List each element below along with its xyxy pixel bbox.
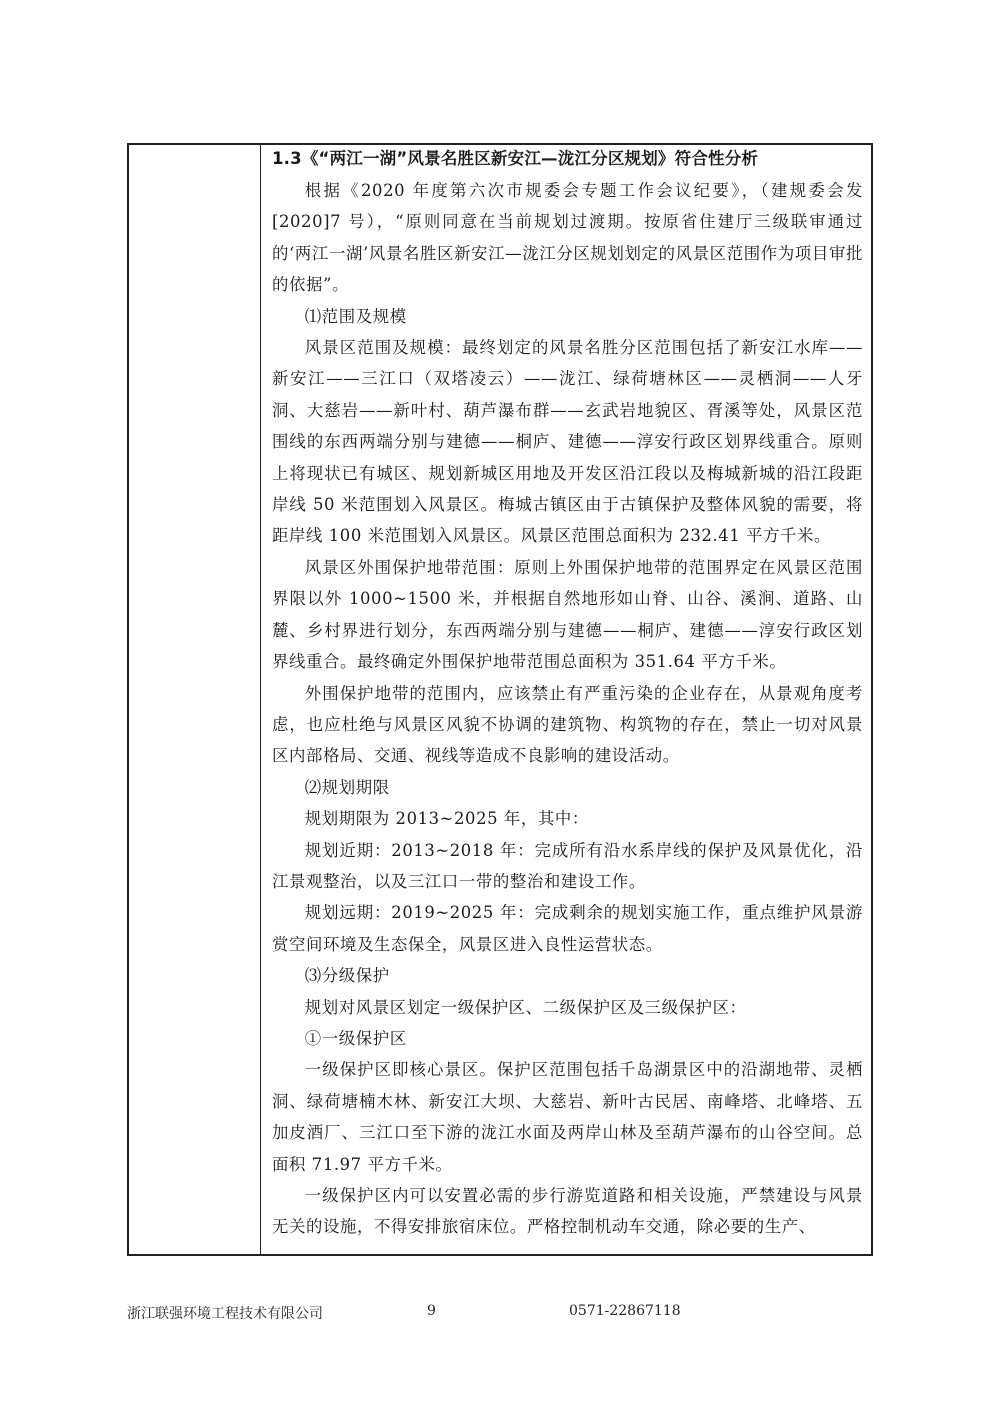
paragraph-period: 规划期限为 2013~2025 年，其中： xyxy=(272,803,863,834)
paragraph-level-one-scope: 一级保护区即核心景区。保护区范围包括千岛湖景区中的沿湖地带、灵栖洞、绿荷塘楠木林… xyxy=(272,1054,863,1180)
paragraph-intro: 根据《2020 年度第六次市规委会专题工作会议纪要》，（建规委会发[2020]7… xyxy=(272,175,863,301)
footer-company: 浙江联强环境工程技术有限公司 xyxy=(127,1303,323,1323)
content-table: 1.3《“两江一湖”风景名胜区新安江—泷江分区规划》符合性分析 根据《2020 … xyxy=(127,143,873,1256)
section-heading: 1.3《“两江一湖”风景名胜区新安江—泷江分区规划》符合性分析 xyxy=(272,147,863,171)
subheading-planning-period: ⑵规划期限 xyxy=(272,772,863,803)
subheading-protection-levels: ⑶分级保护 xyxy=(272,960,863,991)
subheading-scope: ⑴范围及规模 xyxy=(272,301,863,332)
paragraph-long-term: 规划远期：2019~2025 年：完成剩余的规划实施工作，重点维护风景游赏空间环… xyxy=(272,897,863,960)
table-right-cell: 1.3《“两江一湖”风景名胜区新安江—泷江分区规划》符合性分析 根据《2020 … xyxy=(261,145,871,1254)
paragraph-scope: 风景区范围及规模：最终划定的风景名胜分区范围包括了新安江水库——新安江——三江口… xyxy=(272,332,863,552)
paragraph-level-one-rules: 一级保护区内可以安置必需的步行游览道路和相关设施，严禁建设与风景无关的设施，不得… xyxy=(272,1180,863,1243)
paragraph-buffer-zone: 风景区外围保护地带范围：原则上外围保护地带的范围界定在风景区范围界限以外 100… xyxy=(272,552,863,678)
paragraph-near-term: 规划近期：2013~2018 年：完成所有沿水系岸线的保护及风景优化，沿江景观整… xyxy=(272,835,863,898)
subheading-level-one: ①一级保护区 xyxy=(272,1023,863,1054)
footer-page-number: 9 xyxy=(427,1303,436,1319)
footer-phone: 0571-22867118 xyxy=(569,1303,681,1319)
table-left-cell xyxy=(129,145,261,1254)
paragraph-buffer-restrictions: 外围保护地带的范围内，应该禁止有严重污染的企业存在，从景观角度考虑，也应杜绝与风… xyxy=(272,678,863,772)
paragraph-protection-intro: 规划对风景区划定一级保护区、二级保护区及三级保护区： xyxy=(272,992,863,1023)
